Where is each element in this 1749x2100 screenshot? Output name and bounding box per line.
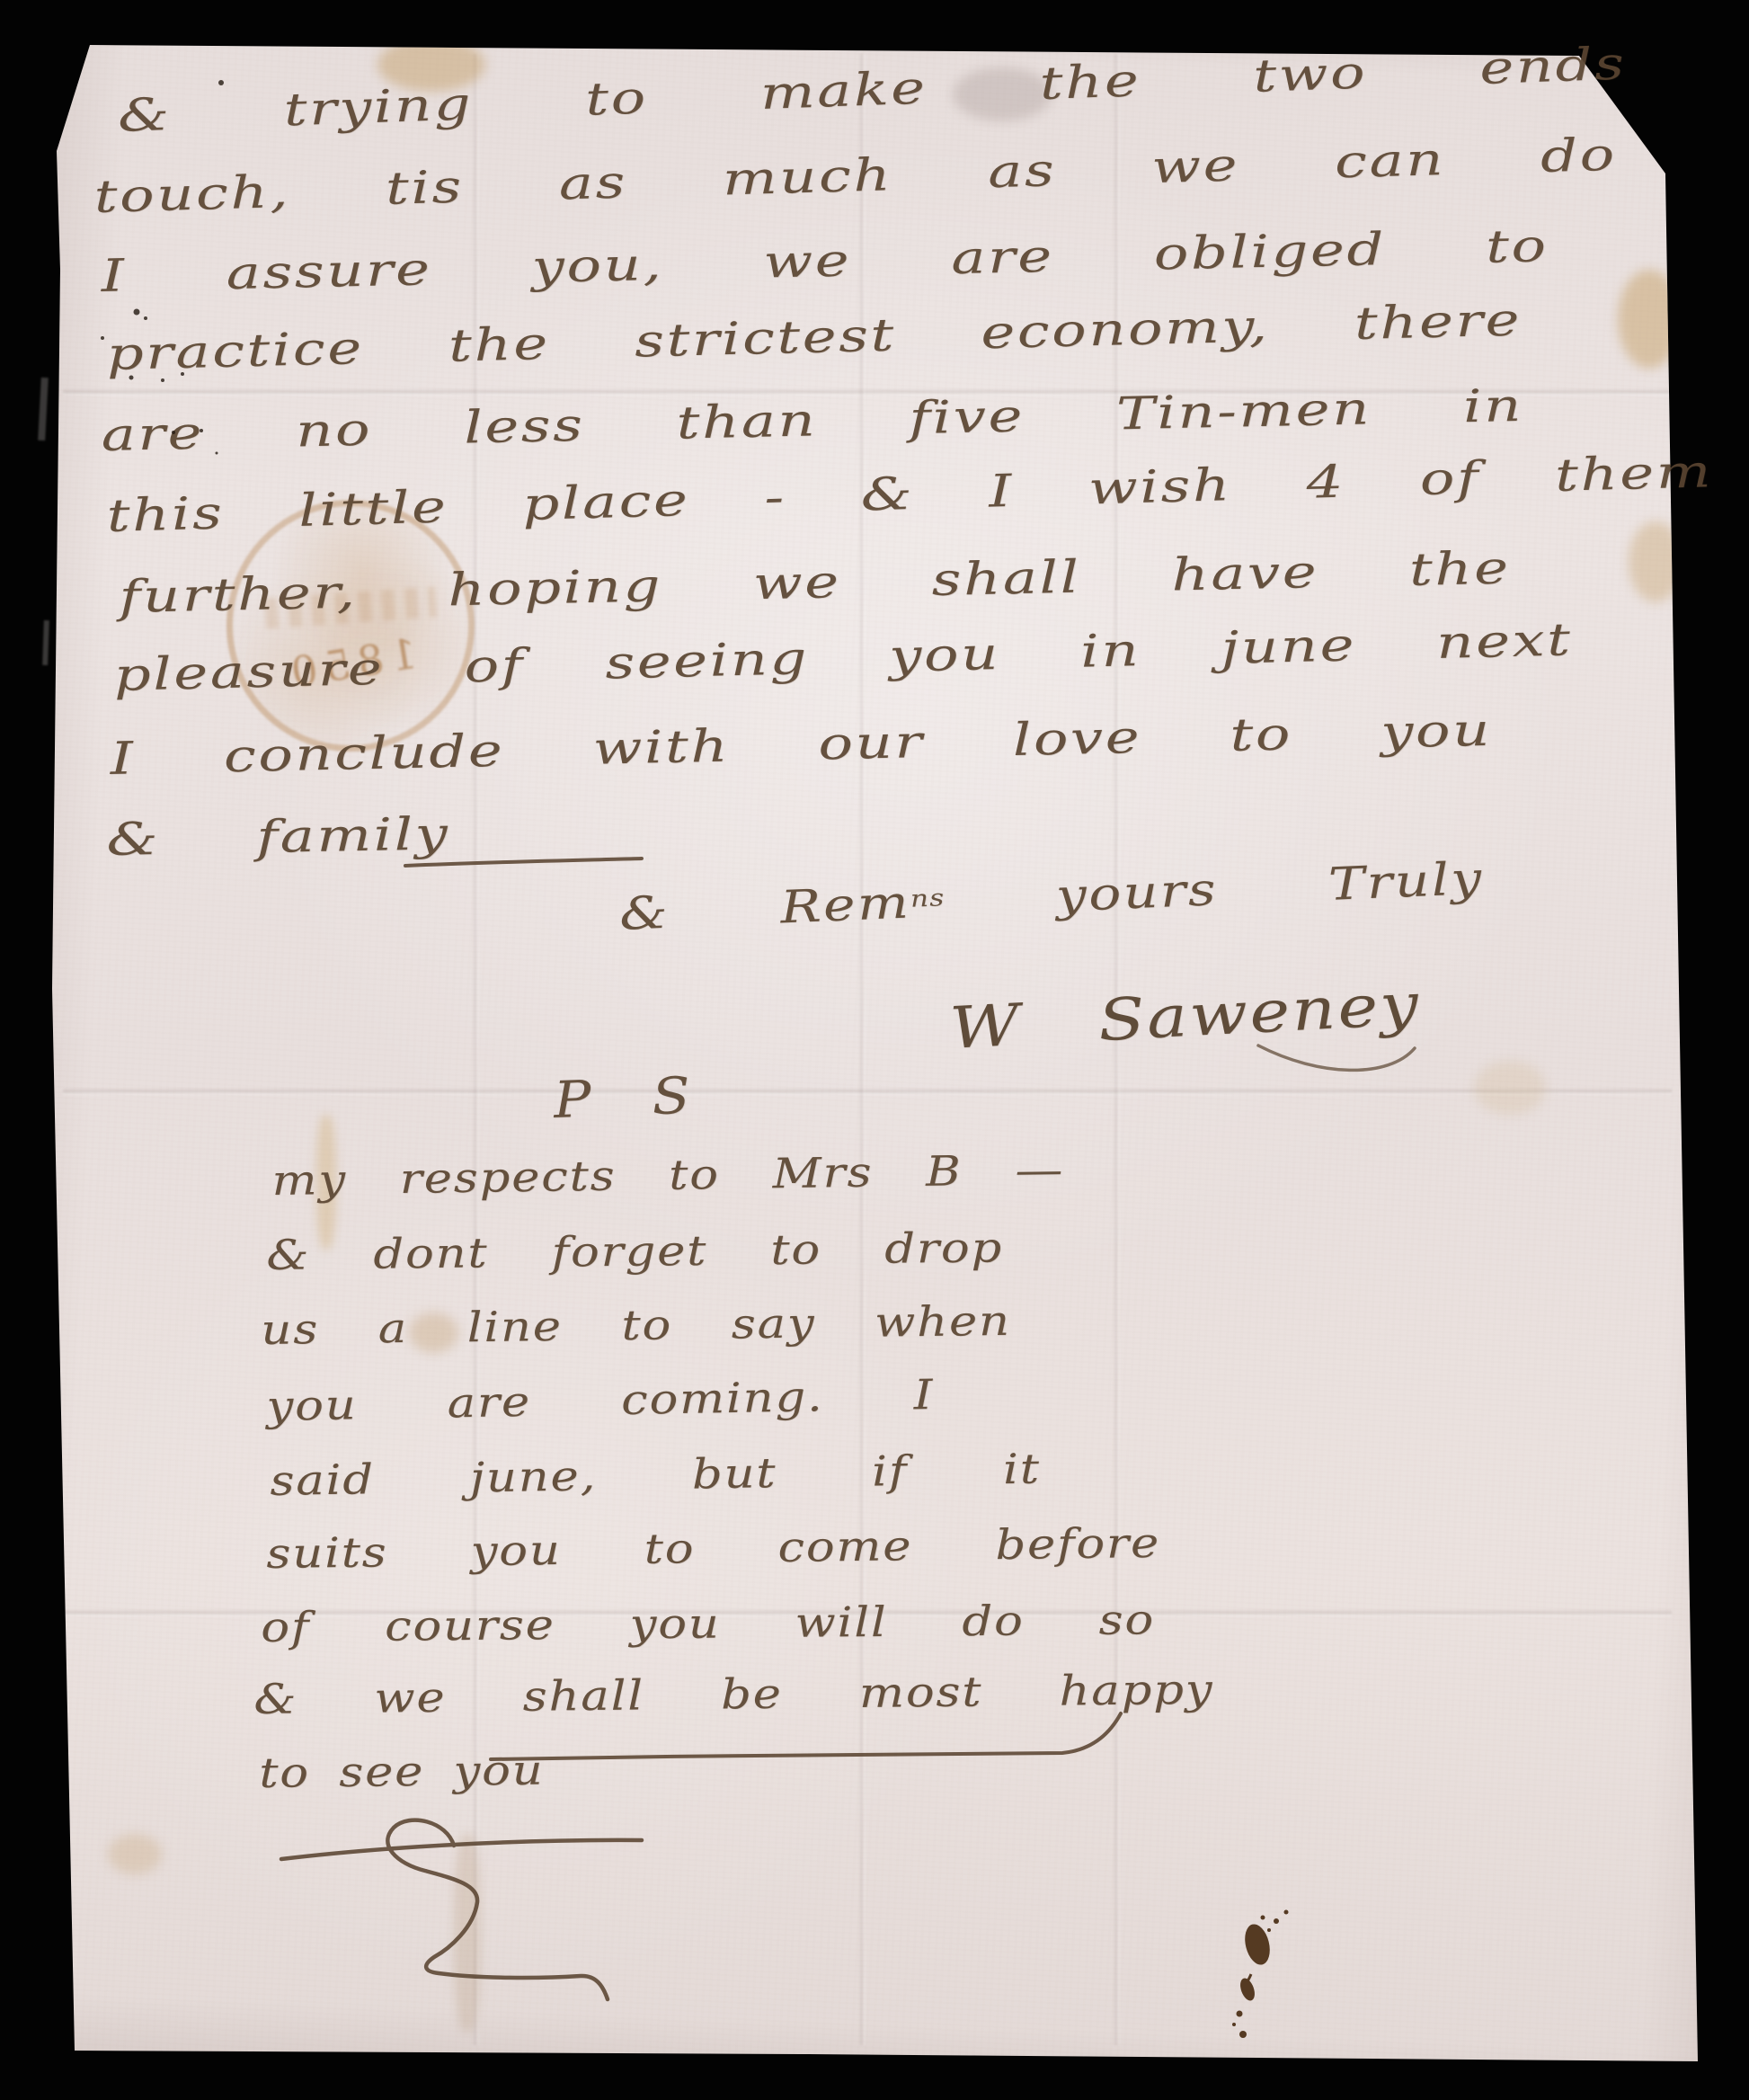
signature-tail <box>1258 1046 1415 1070</box>
see-you-dash <box>491 1713 1121 1759</box>
flourish-stroke <box>281 1840 642 1859</box>
family-dash <box>405 859 642 866</box>
photo-background: 1850 & trying to make the two ends touch… <box>0 0 1749 2100</box>
ink-decor <box>0 0 1749 2100</box>
ink-blot <box>1232 1910 1289 2039</box>
ink-specks <box>101 80 224 455</box>
